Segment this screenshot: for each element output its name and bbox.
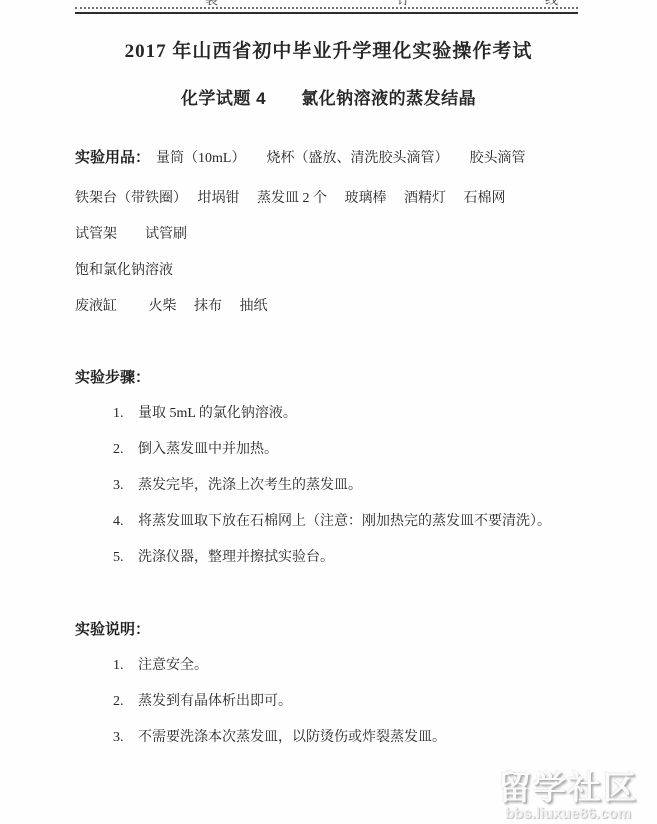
step-item-4: 4.将蒸发皿取下放在石棉网上（注意：刚加热完的蒸发皿不要清洗）。 <box>113 510 551 530</box>
note-item-3: 3.不需要洗涤本次蒸发皿，以防烫伤或炸裂蒸发皿。 <box>113 726 446 746</box>
step-number-4: 4. <box>113 514 138 530</box>
step-number-5: 5. <box>113 550 138 566</box>
materials-items-1: 量筒（10mL） 烧杯（盛放、清洗胶头滴管） 胶头滴管 <box>156 151 525 166</box>
note-number-2: 2. <box>113 694 138 710</box>
watermark-site-url: bbs.liuxue86.com <box>479 806 657 821</box>
note-item-2: 2.蒸发到有晶体析出即可。 <box>113 690 292 710</box>
step-item-2: 2.倒入蒸发皿中并加热。 <box>113 438 278 458</box>
step-text-5: 洗涤仪器，整理并擦拭实验台。 <box>138 550 334 565</box>
materials-line-4: 饱和氯化钠溶液 <box>75 259 173 279</box>
materials-heading: 实验用品： <box>75 149 150 166</box>
binding-dotted-line <box>75 7 578 9</box>
note-text-2: 蒸发到有晶体析出即可。 <box>138 694 292 709</box>
binding-solid-line <box>75 12 578 14</box>
materials-line-3: 试管架 试管刷 <box>75 223 187 243</box>
binding-label-xian: 线 <box>541 0 562 6</box>
notes-heading: 实验说明： <box>75 618 150 639</box>
step-number-3: 3. <box>113 478 138 494</box>
note-text-3: 不需要洗涤本次蒸发皿，以防烫伤或炸裂蒸发皿。 <box>138 730 446 745</box>
materials-line-1: 实验用品：量筒（10mL） 烧杯（盛放、清洗胶头滴管） 胶头滴管 <box>75 146 525 167</box>
step-item-3: 3.蒸发完毕，洗涤上次考生的蒸发皿。 <box>113 474 362 494</box>
steps-heading: 实验步骤： <box>75 366 150 387</box>
materials-line-2: 铁架台（带铁圈） 坩埚钳 蒸发皿 2 个 玻璃棒 酒精灯 石棉网 <box>75 187 506 207</box>
step-text-2: 倒入蒸发皿中并加热。 <box>138 442 278 457</box>
exam-title: 2017 年山西省初中毕业升学理化实验操作考试 <box>0 36 657 63</box>
step-number-2: 2. <box>113 442 138 458</box>
binding-line-strip: 装 订 线 <box>75 0 578 18</box>
binding-label-ding: 订 <box>393 0 414 6</box>
note-item-1: 1.注意安全。 <box>113 654 208 674</box>
step-text-1: 量取 5mL 的氯化钠溶液。 <box>138 406 297 421</box>
note-number-3: 3. <box>113 730 138 746</box>
note-number-1: 1. <box>113 658 138 674</box>
step-item-5: 5.洗涤仪器，整理并擦拭实验台。 <box>113 546 334 566</box>
watermark-logo-text: 留学社区 <box>479 771 657 804</box>
step-item-1: 1.量取 5mL 的氯化钠溶液。 <box>113 402 297 422</box>
exam-document-page: 装 订 线 2017 年山西省初中毕业升学理化实验操作考试 化学试题 4 氯化钠… <box>0 0 657 824</box>
materials-line-5: 废液缸 火柴 抹布 抽纸 <box>75 295 268 315</box>
note-text-1: 注意安全。 <box>138 658 208 673</box>
exam-subtitle: 化学试题 4 氯化钠溶液的蒸发结晶 <box>0 84 657 109</box>
step-text-4: 将蒸发皿取下放在石棉网上（注意：刚加热完的蒸发皿不要清洗）。 <box>138 514 551 529</box>
binding-label-zhuang: 装 <box>201 0 222 6</box>
site-watermark: 留学社区 bbs.liuxue86.com <box>479 771 657 824</box>
step-number-1: 1. <box>113 406 138 422</box>
step-text-3: 蒸发完毕，洗涤上次考生的蒸发皿。 <box>138 478 362 493</box>
